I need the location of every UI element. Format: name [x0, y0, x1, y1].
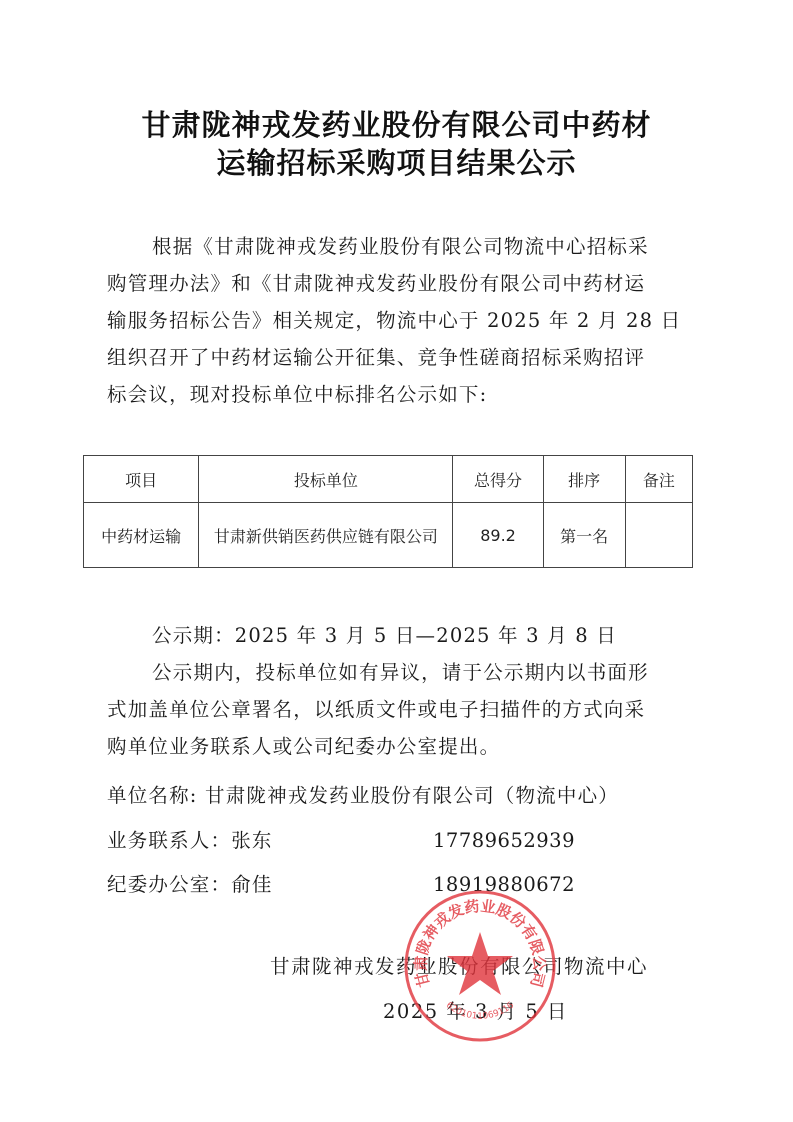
- discipline-office-phone: 18919880672: [433, 866, 575, 903]
- publicity-period: 公示期：2025 年 3 月 5 日—2025 年 3 月 8 日: [107, 617, 687, 654]
- cell-project: 中药材运输: [84, 503, 199, 568]
- cell-rank: 第一名: [543, 503, 625, 568]
- business-contact-phone: 17789652939: [433, 822, 575, 859]
- header-bidder: 投标单位: [199, 456, 453, 503]
- signature-date: 2025 年 3 月 5 日: [383, 993, 568, 1030]
- table-header-row: 项目 投标单位 总得分 排序 备注: [84, 456, 693, 503]
- header-rank: 排序: [543, 456, 625, 503]
- intro-line: 标会议，现对投标单位中标排名公示如下:: [107, 376, 687, 413]
- objection-notice-paragraph: 公示期内，投标单位如有异议，请于公示期内以书面形 式加盖单位公章署名，以纸质文件…: [107, 654, 687, 765]
- intro-line: 购管理办法》和《甘肃陇神戎发药业股份有限公司中药材运: [107, 265, 687, 302]
- intro-line: 根据《甘肃陇神戎发药业股份有限公司物流中心招标采: [107, 228, 687, 265]
- header-remarks: 备注: [625, 456, 692, 503]
- intro-line: 组织召开了中药材运输公开征集、竞争性磋商招标采购招评: [107, 339, 687, 376]
- header-project: 项目: [84, 456, 199, 503]
- bid-result-table: 项目 投标单位 总得分 排序 备注 中药材运输 甘肃新供销医药供应链有限公司 8…: [83, 455, 693, 568]
- intro-line: 输服务招标公告》相关规定，物流中心于 2025 年 2 月 28 日: [107, 302, 687, 339]
- document-page: 甘肃陇神戎发药业股份有限公司中药材 运输招标采购项目结果公示 根据《甘肃陇神戎发…: [0, 0, 793, 1122]
- intro-paragraph: 根据《甘肃陇神戎发药业股份有限公司物流中心招标采 购管理办法》和《甘肃陇神戎发药…: [107, 228, 687, 413]
- cell-bidder: 甘肃新供销医药供应链有限公司: [199, 503, 453, 568]
- header-total-score: 总得分: [453, 456, 543, 503]
- discipline-office-label: 纪委办公室：俞佳: [107, 866, 273, 903]
- notice-line: 购单位业务联系人或公司纪委办公室提出。: [107, 728, 687, 765]
- cell-total-score: 89.2: [453, 503, 543, 568]
- cell-remarks: [625, 503, 692, 568]
- notice-line: 公示期内，投标单位如有异议，请于公示期内以书面形: [107, 654, 687, 691]
- unit-name: 单位名称: 甘肃陇神戎发药业股份有限公司（物流中心）: [107, 777, 619, 814]
- document-title-line-1: 甘肃陇神戎发药业股份有限公司中药材: [0, 105, 793, 145]
- notice-line: 式加盖单位公章署名，以纸质文件或电子扫描件的方式向采: [107, 691, 687, 728]
- signature-organization: 甘肃陇神戎发药业股份有限公司物流中心: [270, 948, 648, 985]
- publicity-period-text: 公示期：2025 年 3 月 5 日—2025 年 3 月 8 日: [107, 617, 687, 654]
- document-title-line-2: 运输招标采购项目结果公示: [0, 143, 793, 183]
- table-row: 中药材运输 甘肃新供销医药供应链有限公司 89.2 第一名: [84, 503, 693, 568]
- business-contact-label: 业务联系人：张东: [107, 822, 273, 859]
